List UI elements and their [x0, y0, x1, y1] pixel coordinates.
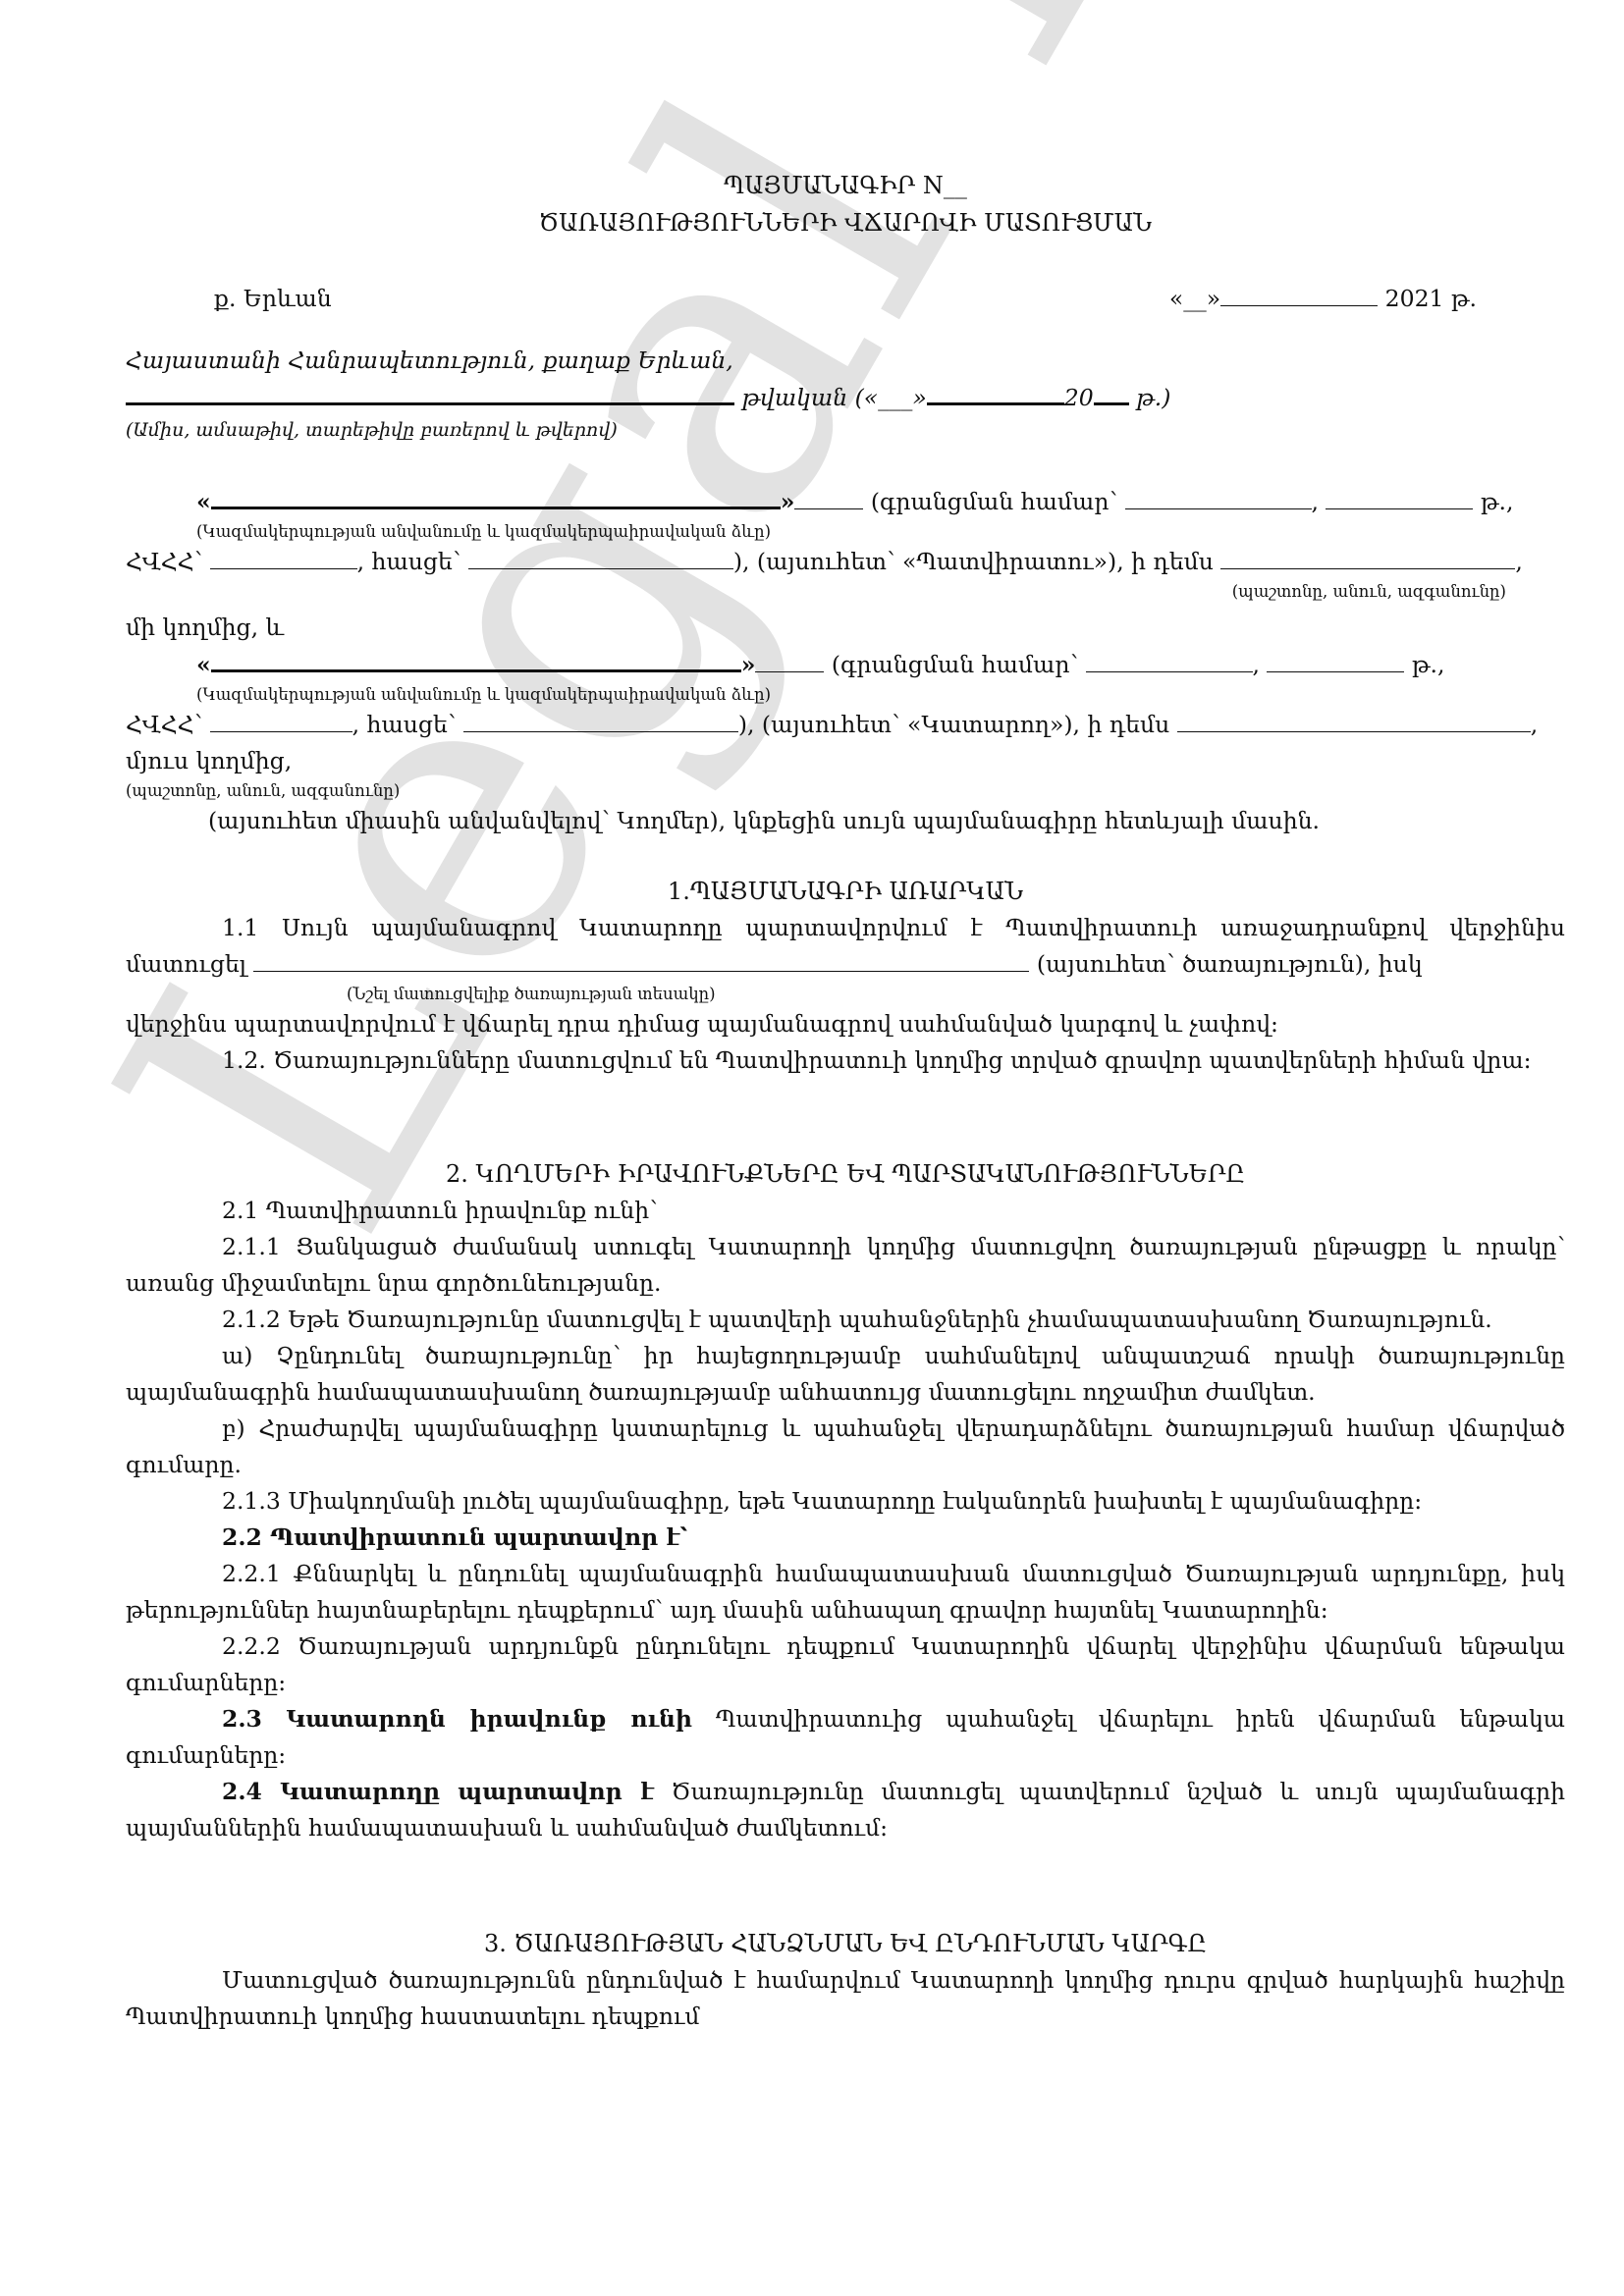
- party2-reg-number-blank[interactable]: [1086, 648, 1253, 672]
- party2-side: մյուս կողմից,: [126, 743, 1565, 779]
- city: ք. Երևան: [214, 281, 332, 317]
- party1-name-line: «» (գրանցման համար՝ , թ.,: [126, 483, 1565, 520]
- party1-name-blank[interactable]: [211, 483, 781, 509]
- party2-form-blank[interactable]: [755, 648, 824, 672]
- clause-1-1-service-line: մատուցել (այսուհետ՝ ծառայություն), իսկ: [126, 946, 1565, 983]
- party2-name-hint: (Կազմակերպության անվանումը և կազմակերպաի…: [126, 683, 1565, 707]
- clause-2-2: 2.2 Պատվիրատուն պարտավոր է՝: [126, 1520, 1565, 1556]
- clause-2-1-2-b: բ) Հրաժարվել պայմանագիրը կատարելուց և պա…: [126, 1411, 1565, 1483]
- party1-role-hint: (պաշտոնը, անուն, ազգանունը): [126, 580, 1565, 604]
- party2-representative-blank[interactable]: [1177, 708, 1531, 732]
- section3-heading: 3. ԾԱՌԱՅՈՒԹՅԱՆ ՀԱՆՁՆՄԱՆ ԵՎ ԸՆԴՈՒՆՄԱՆ ԿԱՐ…: [126, 1925, 1565, 1962]
- party2-role-hint: (պաշտոնը, անուն, ազգանունը): [126, 779, 1565, 803]
- section2-heading: 2. ԿՈՂՄԵՐԻ ԻՐԱՎՈՒՆՔՆԵՐԸ ԵՎ ՊԱՐՏԱԿԱՆՈՒԹՅՈ…: [126, 1155, 1565, 1193]
- contract-title: ՊԱՅՄԱՆԱԳԻՐ N__: [126, 167, 1565, 204]
- party1-reg-date-blank[interactable]: [1326, 485, 1473, 509]
- preamble-date: թվական («___»20 թ.): [126, 379, 1565, 416]
- party2-address-blank[interactable]: [463, 708, 738, 732]
- clause-2-1-1: 2.1.1 Ցանկացած ժամանակ ստուգել Կատարողի …: [126, 1229, 1565, 1302]
- clause-1-2: 1.2. Ծառայությունները մատուցվում են Պատվ…: [126, 1042, 1565, 1079]
- party1-details-line: ՀՎՀՀ՝ , հասցե՝ ), (այսուհետ՝ «Պատվիրատու…: [126, 544, 1565, 580]
- contract-subtitle: ԾԱՌԱՅՈՒԹՅՈՒՆՆԵՐԻ ՎՃԱՐՈՎԻ ՄԱՏՈՒՑՄԱՆ: [126, 204, 1565, 241]
- section1-heading: 1.ՊԱՅՄԱՆԱԳՐԻ ԱՌԱՐԿԱՆ: [126, 873, 1565, 910]
- party1-representative-blank[interactable]: [1220, 545, 1515, 569]
- clause-1-1: 1.1 Սույն պայմանագրով Կատարողը պարտավորվ…: [126, 910, 1565, 946]
- party1-reg-number-blank[interactable]: [1125, 485, 1312, 509]
- party2-name-blank[interactable]: [211, 646, 741, 672]
- party1-side: մի կողմից, և: [126, 610, 1565, 646]
- document-content: ՊԱՅՄԱՆԱԳԻՐ N__ ԾԱՌԱՅՈՒԹՅՈՒՆՆԵՐԻ ՎՃԱՐՈՎԻ …: [126, 167, 1565, 2035]
- date-year-blank[interactable]: [1094, 379, 1129, 405]
- service-type-blank[interactable]: [253, 947, 1029, 972]
- party2-reg-date-blank[interactable]: [1267, 648, 1404, 672]
- party1-address-blank[interactable]: [468, 545, 733, 569]
- clause-2-2-2: 2.2.2 Ծառայության արդյունքն ընդունելու դ…: [126, 1629, 1565, 1701]
- clause-2-2-1: 2.2.1 Քննարկել և ընդունել պայմանագրին հա…: [126, 1556, 1565, 1629]
- clause-1-1-end: վերջինս պարտավորվում է վճարել դրա դիմաց …: [126, 1006, 1565, 1042]
- party1-name-hint: (Կազմակերպության անվանումը և կազմակերպաի…: [126, 520, 1565, 544]
- party1-form-blank[interactable]: [794, 485, 863, 509]
- clause-2-1: 2.1 Պատվիրատուն իրավունք ունի՝: [126, 1193, 1565, 1229]
- clause-3-1: Մատուցված ծառայությունն ընդունված է համա…: [126, 1962, 1565, 2035]
- document-page: Legal Docs ՊԱՅՄԱՆԱԳԻՐ N__ ԾԱՌԱՅՈՒԹՅՈՒՆՆԵ…: [0, 0, 1624, 2296]
- party2-tin-blank[interactable]: [210, 708, 352, 732]
- date-month-blank[interactable]: [927, 379, 1064, 405]
- clause-2-1-2: 2.1.2 Եթե Ծառայությունը մատուցվել է պատվ…: [126, 1302, 1565, 1338]
- date-words-blank[interactable]: [126, 379, 734, 405]
- clause-2-3: 2.3 Կատարողն իրավունք ունի Պատվիրատուից …: [126, 1701, 1565, 1774]
- date-blank[interactable]: [1220, 282, 1378, 306]
- clause-2-1-3: 2.1.3 Միակողմանի լուծել պայմանագիրը, եթե…: [126, 1483, 1565, 1520]
- party1-tin-blank[interactable]: [210, 545, 357, 569]
- agreement-line: (այսուհետ միասին անվանվելով՝ Կողմեր), կն…: [126, 803, 1565, 839]
- clause-2-4: 2.4 Կատարողը պարտավոր է Ծառայությունը մա…: [126, 1774, 1565, 1846]
- date-hint: (Ամիս, ամսաթիվ, տարեթիվը բառերով և թվերո…: [126, 416, 1565, 444]
- preamble-place: Հայաստանի Հանրապետություն, քաղաք Երևան,: [126, 343, 1565, 379]
- header-date: «__» 2021 թ.: [1169, 281, 1477, 317]
- party2-details-line: ՀՎՀՀ՝ , հասցե՝ ), (այսուհետ՝ «Կատարող»),…: [126, 707, 1565, 743]
- party2-name-line: «» (գրանցման համար՝ , թ.,: [126, 646, 1565, 683]
- service-type-hint: (Նշել մատուցվելիք ծառայության տեսակը): [126, 983, 1565, 1006]
- clause-2-1-2-a: ա) Չընդունել ծառայությունը՝ իր հայեցողու…: [126, 1338, 1565, 1411]
- place-date-row: ք. Երևան «__» 2021 թ.: [126, 281, 1565, 317]
